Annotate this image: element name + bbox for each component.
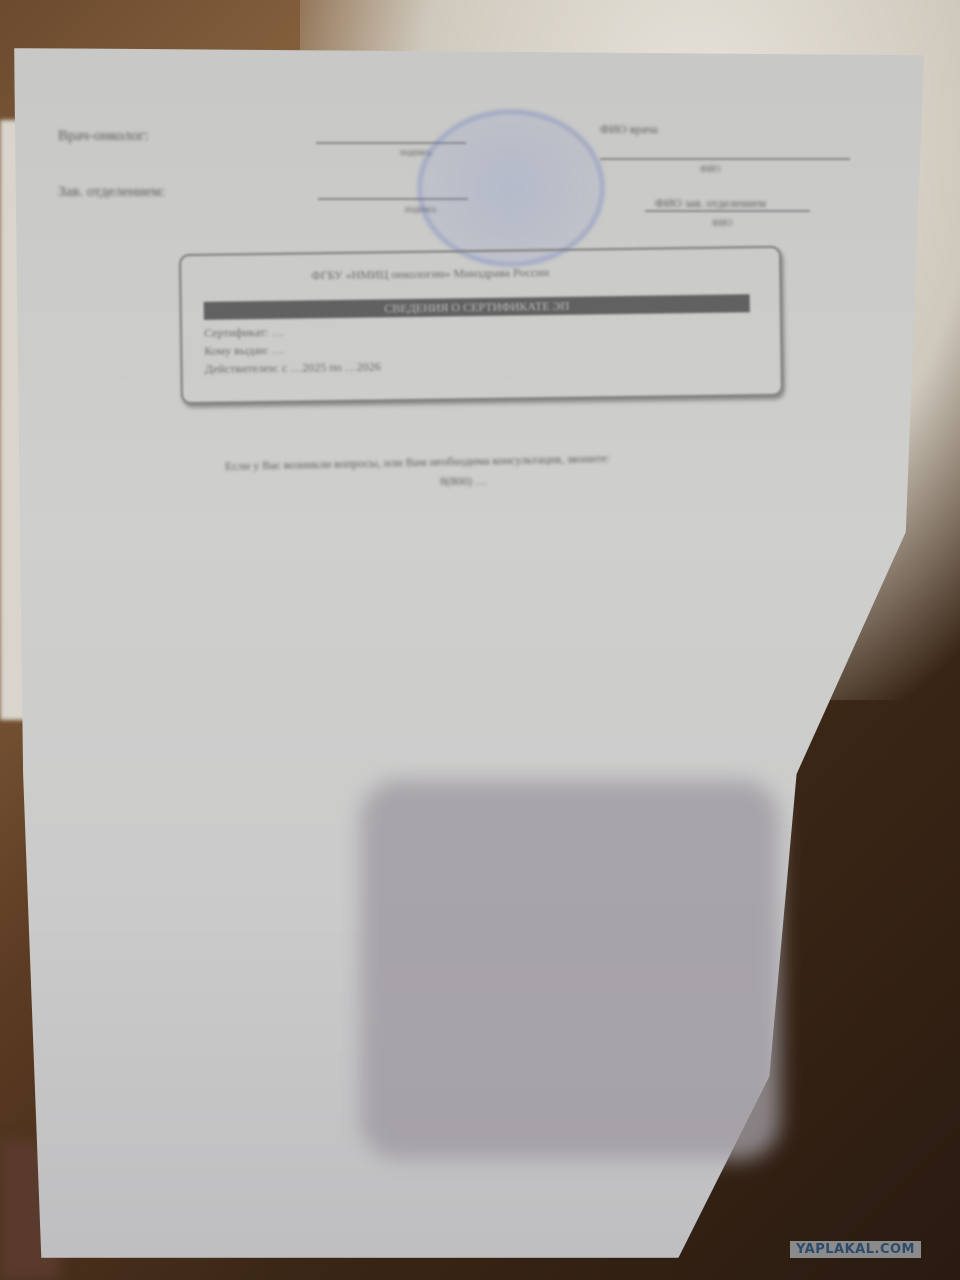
head-name: ФИО зав. отделением (655, 196, 766, 211)
name-line-head (645, 210, 810, 212)
name-caption: ФИО (712, 218, 732, 228)
role-oncologist: Врач-онколог: (58, 128, 149, 145)
certificate-owner: Кому выдан: … (204, 343, 284, 359)
phone-shadow (360, 780, 780, 1160)
stamp-seal (418, 110, 604, 266)
certificate-organization: ФГБУ «НМИЦ онкологии» Минздрава России (311, 265, 549, 283)
certificate-validity: Действителен: с …2025 по …2026 (204, 359, 380, 376)
name-line-oncologist (600, 158, 850, 160)
role-head: Зав. отделением: (58, 184, 165, 201)
oncologist-name: ФИО врача (600, 122, 658, 137)
watermark: YAPLAKAL.COM (790, 1241, 921, 1258)
e-signature-certificate-box: ФГБУ «НМИЦ онкологии» Минздрава России С… (179, 246, 783, 404)
footer-phone: 8(800) … (440, 474, 487, 489)
name-caption: ФИО (700, 164, 720, 174)
certificate-number: Сертификат: … (204, 325, 284, 341)
certificate-header-bar: СВЕДЕНИЯ О СЕРТИФИКАТЕ ЭП (204, 294, 750, 320)
